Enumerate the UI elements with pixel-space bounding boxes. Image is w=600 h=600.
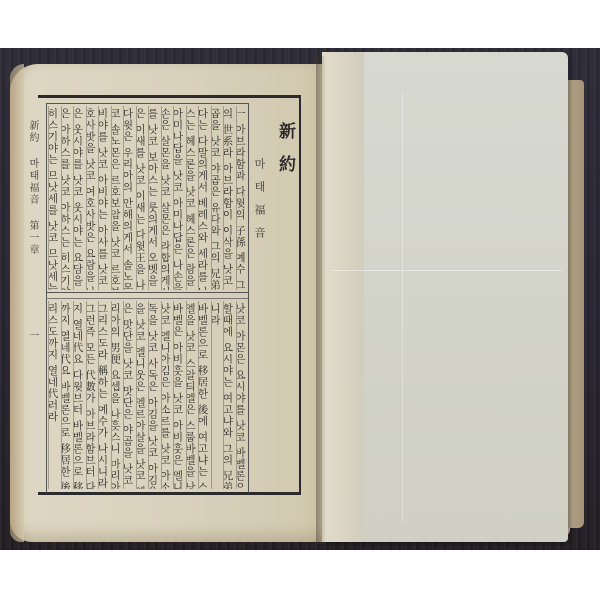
running-header: 新約 마태福音 第一章 一 (18, 120, 40, 490)
text-column: 을 낫코 엘니웃은 엘르아살을 낫코 엘르아살 (136, 301, 147, 489)
text-column: 一 아브라함과 다윗의 子孫 예수 그리스도 (236, 106, 247, 290)
text-column: 그런즉 모든 代數가 아브라함브터 다윗까 (86, 301, 97, 489)
text-column: 바벨론으로 移居한 後에 여고냐는 스알듸 (198, 301, 209, 489)
text-column: 비야를 낫코 아비야는 아사를 낫코 아사는 여 (98, 106, 109, 290)
page-frame-bottom-rule (38, 492, 300, 495)
text-column: 할때에 요시야는 여고냐와 그의 兄弟를 나흐 (223, 301, 234, 489)
text-column: 히스기야는 므낫세를 낫코 므낫세는 아몬을 (48, 106, 59, 290)
header-gospel: 마태福音 (18, 158, 40, 206)
text-column: 바벨은 아비훗을 낫코 아비훗은 엘니아김을 (173, 301, 184, 489)
page-frame-top-rule (38, 95, 300, 98)
text-column: 은 웃시야를 낫코 웃시야는 요담을 낫코 요담 (73, 106, 84, 290)
text-column: 낫코 엘니아김은 아소르를 낫코 아소르는 사 (161, 301, 172, 489)
text-column: 은 맛단을 낫코 맛단은 야곱을 낫코 야곱은 마 (123, 301, 134, 489)
text-column: 리아의 男便 요셉을 나흣스니 마리아의게서 (111, 301, 122, 489)
text-column: 엘을 낫코 스알듸엘은 스룹바벨을 낫코 스룹 (186, 301, 197, 489)
text-column: 곱을 낫코 야곱은 유다와 그의 兄弟를 낫코 유 (211, 106, 222, 290)
text-column: 낫코 아몬은 요시야를 낫코 바벨론으로 移居 (236, 301, 247, 489)
header-chapter: 第一章 (18, 220, 40, 256)
middle-divider-rule (46, 292, 248, 293)
paper-crease-horizontal (332, 270, 562, 271)
title-block: 新約 마태福音 (252, 122, 298, 322)
text-column: 의 世系라 아브라함이 이삭을 낫코 이삭은 야 (223, 106, 234, 290)
page-subtitle: 마태福音 (251, 158, 267, 322)
header-book: 新約 (18, 120, 40, 144)
text-column: 지 열네代요 다윗브터 바벨론으로 移居할때 (73, 301, 84, 489)
header-page-number: 一 (18, 330, 40, 342)
text-frame-right-rule (248, 103, 249, 493)
right-page (322, 52, 568, 542)
upper-text-block: 一 아브라함과 다윗의 子孫 예수 그리스도 의 世系라 아브라함이 이삭을 낫… (48, 106, 246, 290)
text-column: 독을 낫코 사독은 아김을 낫코 아김은 엘니웃 (148, 301, 159, 489)
middle-divider-rule-2 (46, 298, 248, 299)
text-column: 아미나답을 낫코 아미나답은 나손을 낫코 나 (173, 106, 184, 290)
text-column: 그리스도라 稱하는 예수가 나시니라 (98, 301, 109, 489)
text-column: 다는 다말의게서 베레스와 세라를 낫코 베레 (198, 106, 209, 290)
text-column: 은 아하스를 낫코 아하스는 히스기야를 낫코 (61, 106, 72, 290)
text-column: 니라 (211, 301, 222, 489)
text-column: 리스도까지 열네代러라 (48, 301, 59, 489)
text-column: 다윗은 우리아의 안해의게서 솔노몬을 낫 (123, 106, 134, 290)
text-column: 까지 열네代요 바벨론으로 移居한 後브터 그 (61, 301, 72, 489)
text-column: 코 솔노몬은 르호보암을 낫코 르호보암은 아 (111, 106, 122, 290)
text-column: 손은 살몬을 낫코 살몬은 라합의게서 보아스 (161, 106, 172, 290)
verse-number-rule (46, 103, 248, 104)
text-column: 를 낫코 보아스는 룻의게서 오벳을 낫코 오벳 (148, 106, 159, 290)
spine-shadow (316, 56, 326, 544)
text-column: 호사밧을 낫코 여호사밧은 요람을 낫코 요람 (86, 106, 97, 290)
text-column: 스는 헤스론을 낫코 헤스론은 람을 낫코 람은 (186, 106, 197, 290)
page-frame-right-rule (299, 95, 301, 495)
lower-text-block: 낫코 아몬은 요시야를 낫코 바벨론으로 移居 할때에 요시야는 여고냐와 그의… (48, 301, 246, 489)
paper-crease-vertical (402, 92, 403, 522)
gutter-strip (322, 52, 364, 542)
page-title: 新約 (273, 122, 298, 322)
text-column: 은 이새를 낫코 이새는 다윗王을 나흐니라 (136, 106, 147, 290)
